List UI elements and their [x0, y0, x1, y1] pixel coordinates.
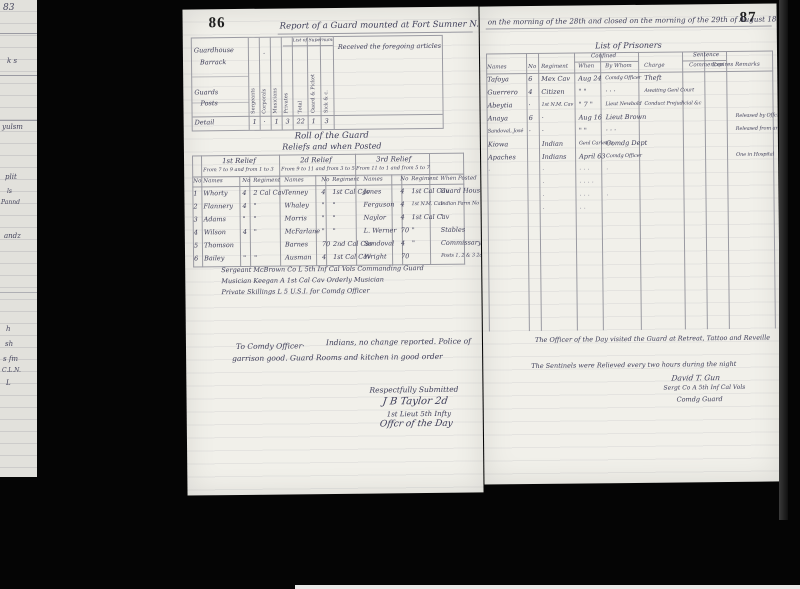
- table-cell: No: [399, 175, 410, 184]
- table-cell: 4: [400, 237, 411, 250]
- table-cell: 4: [241, 200, 252, 213]
- table-cell: One in Hospital: [735, 148, 781, 161]
- table-cell: ": [321, 225, 332, 238]
- table-cell: ": [331, 199, 362, 212]
- scanned-ledger-photo: 83k syulsmplitlsPanndandzhshs fmC.L.N.L …: [0, 0, 800, 589]
- table-cell: 70: [400, 224, 411, 237]
- table-cell: ": [253, 213, 284, 226]
- table-cell: [690, 201, 713, 214]
- table-cell: [712, 175, 735, 188]
- table-cell: 6: [193, 252, 203, 265]
- guard-note-line: The Sentinels were Relieved every two ho…: [531, 360, 736, 370]
- table-cell: Sandoval, José: [487, 125, 528, 138]
- detail-value: 1: [312, 117, 316, 125]
- left-page: 86 Report of a Guard mounted at Fort Sum…: [182, 6, 483, 495]
- table-cell: ": [242, 252, 253, 265]
- table-cell: 2nd Cal Cav: [332, 238, 363, 251]
- table-cell: · · ·: [605, 124, 644, 137]
- table-cell: Charge: [643, 60, 688, 71]
- table-cell: ": [253, 252, 284, 265]
- table-cell: ": [440, 211, 476, 224]
- table-cell: [528, 164, 541, 177]
- table-cell: ": [411, 224, 440, 237]
- table-cell: 3: [193, 213, 203, 226]
- section-line: [0, 120, 37, 121]
- section-line: [0, 33, 37, 34]
- handwriting-fragment: h: [6, 325, 11, 333]
- table-cell: ": [332, 225, 363, 238]
- detail-value: 3: [286, 117, 290, 125]
- table-cell: " ": [577, 85, 604, 98]
- handwriting-fragment: k s: [7, 57, 17, 65]
- table-cell: [605, 176, 644, 189]
- table-row: ·· ·: [488, 200, 782, 216]
- table-cell: · · ·: [578, 163, 605, 176]
- table-cell: 1st N.M. Cav: [410, 198, 439, 211]
- table-cell: 4: [399, 185, 410, 198]
- right-page: 87 on the morning of the 28th and closed…: [480, 3, 782, 484]
- roll-table: 1st Relief From 7 to 9 and from 1 to 3 2…: [192, 153, 465, 268]
- header-underline: [486, 26, 772, 30]
- table-cell: [734, 70, 781, 83]
- row-label: Detail: [195, 118, 215, 126]
- table-cell: Expires: [711, 60, 734, 71]
- table-cell: [688, 71, 711, 84]
- table-cell: Commences: [688, 60, 711, 71]
- row-label: Guardhouse: [194, 46, 234, 54]
- table-cell: ": [242, 213, 253, 226]
- previous-page-edge: 83k syulsmplitlsPanndandzhshs fmC.L.N.L: [0, 0, 37, 477]
- handwriting-fragment: L: [6, 379, 11, 387]
- table-cell: [688, 84, 711, 97]
- table-cell: 70: [400, 250, 411, 263]
- table-cell: Comdg Officer: [605, 150, 644, 163]
- table-cell: Indian Farm No 2: [439, 198, 475, 211]
- relief-2-hours: From 9 to 11 and from 3 to 5: [281, 166, 355, 173]
- table-cell: Adams: [203, 213, 242, 226]
- tally-mark: ·: [263, 50, 265, 58]
- col-label-total: Total: [297, 101, 303, 114]
- table-cell: [735, 135, 782, 148]
- table-cell: [688, 97, 711, 110]
- section-line: [0, 75, 37, 76]
- table-cell: 1: [192, 187, 202, 200]
- table-cell: 4: [321, 251, 332, 264]
- table-cell: 4: [399, 198, 410, 211]
- table-cell: [711, 84, 734, 97]
- table-cell: Jones: [362, 185, 399, 198]
- table-cell: [713, 201, 736, 214]
- detail-value: ·: [264, 118, 266, 126]
- table-cell: 4: [527, 86, 540, 99]
- table-cell: [528, 177, 541, 190]
- table-cell: [689, 149, 712, 162]
- table-cell: [606, 202, 645, 215]
- table-cell: [711, 71, 734, 84]
- table-cell: [528, 151, 541, 164]
- table-cell: 1st Cal Cav: [332, 251, 363, 264]
- supernumerary-line: Private Skillings L 5 U.S.I. for Comdg O…: [221, 287, 369, 297]
- detail-value: 1: [253, 118, 257, 126]
- table-cell: Regiment: [410, 175, 439, 184]
- table-cell: 5: [193, 239, 203, 252]
- table-cell: 70: [321, 238, 332, 251]
- table-cell: [734, 96, 781, 109]
- table-cell: [734, 83, 781, 96]
- table-cell: [712, 188, 735, 201]
- handwriting-fragment: C.L.N.: [2, 367, 21, 374]
- table-cell: Tenney: [283, 186, 320, 199]
- table-cell: 6: [527, 73, 540, 86]
- table-cell: Guerrero: [486, 86, 527, 99]
- ln: [193, 114, 443, 118]
- table-cell: ·: [528, 125, 541, 138]
- table-cell: 2: [192, 200, 202, 213]
- row-label: Barrack: [200, 58, 226, 66]
- table-cell: [529, 203, 542, 216]
- table-cell: 1st Cal Cav: [331, 186, 362, 199]
- prisoners-title: List of Prisoners: [480, 39, 777, 51]
- table-cell: Comdg Officer: [604, 72, 643, 85]
- submission-line: Respectfully Submitted: [369, 385, 458, 395]
- table-cell: Wright: [363, 250, 400, 263]
- table-cell: · · ·: [604, 85, 643, 98]
- table-cell: Names: [283, 176, 320, 185]
- table-cell: Apaches: [487, 151, 528, 164]
- submission-line: Offcr of the Day: [379, 419, 453, 430]
- table-cell: Posts 1, 2 & 3 2d Rel: [440, 250, 476, 263]
- table-cell: Thomson: [203, 239, 242, 252]
- table-cell: Tafoya: [486, 73, 527, 86]
- col-label-corporals: Corporals: [261, 89, 267, 114]
- table-cell: Anaya: [487, 112, 528, 125]
- table-cell: ": [411, 237, 440, 250]
- table-cell: [488, 203, 529, 216]
- table-cell: Remarks: [734, 59, 781, 70]
- table-cell: 4: [400, 211, 411, 224]
- table-cell: Conduct Prejudicial &c: [643, 97, 688, 110]
- col-label-musicians: Musicians: [272, 88, 278, 114]
- detail-value: 3: [325, 117, 329, 125]
- table-cell: [644, 110, 689, 123]
- table-cell: [411, 250, 440, 263]
- supernumerary-line: Sergeant McBrown Co L 5th Inf Cal Vols C…: [221, 264, 424, 274]
- table-cell: No: [527, 62, 540, 73]
- table-cell: [711, 97, 734, 110]
- table-cell: Guard House: [439, 185, 475, 198]
- handwriting-fragment: sh: [5, 340, 13, 348]
- table-cell: ·: [541, 112, 578, 125]
- table-cell: 1st N.M. Cav: [540, 99, 577, 112]
- table-cell: [689, 175, 712, 188]
- table-cell: 4: [193, 226, 203, 239]
- table-cell: [689, 188, 712, 201]
- table-cell: Lieut Brown: [605, 111, 644, 124]
- relief-1-name: 1st Relief: [222, 157, 256, 165]
- table-cell: [735, 187, 781, 200]
- table-cell: 4: [320, 186, 331, 199]
- row-label: Posts: [200, 99, 217, 107]
- submission-line: 1st Lieut 5th Infty: [387, 410, 451, 419]
- table-cell: Lieut Newbold: [604, 98, 643, 111]
- ln: [486, 50, 773, 54]
- table-cell: Awaiting Genl Court: [643, 84, 688, 97]
- table-cell: ": [321, 212, 332, 225]
- table-cell: Theft: [643, 71, 688, 84]
- table-cell: [487, 190, 528, 203]
- table-cell: · · · ·: [578, 176, 605, 189]
- table-cell: By Whom: [604, 61, 643, 72]
- table-cell: [736, 200, 782, 213]
- table-cell: Ferguson: [362, 198, 399, 211]
- table-cell: [645, 201, 690, 214]
- prisoners-rows: Tafoya6Mex CavAug 24Comdg OfficerTheftGu…: [486, 70, 781, 216]
- table-cell: [644, 162, 689, 175]
- table-cell: [644, 123, 689, 136]
- supernumerary-line: Musician Keegan A 1st Cal Cav Orderly Mu…: [221, 275, 384, 285]
- supernumerary-header: List of Supernumeraries: [293, 38, 333, 43]
- table-cell: [644, 188, 689, 201]
- table-cell: Regiment: [331, 176, 362, 185]
- table-cell: ·: [541, 177, 578, 190]
- table-cell: 1st Cal Cav: [410, 185, 439, 198]
- table-cell: Naylor: [363, 211, 400, 224]
- table-cell: " 7 ": [577, 98, 604, 111]
- table-cell: ·: [541, 190, 578, 203]
- table-cell: Bailey: [203, 252, 242, 265]
- table-cell: McFarlane: [284, 225, 321, 238]
- detail-value: 22: [297, 117, 305, 125]
- table-cell: Regiment: [252, 177, 283, 186]
- handwriting-fragment: 83: [3, 3, 14, 13]
- relief-1-hours: From 7 to 9 and from 1 to 3: [203, 167, 274, 174]
- table-cell: Stables: [440, 224, 476, 237]
- table-cell: [644, 136, 689, 149]
- report-header-continued: on the morning of the 28th and closed on…: [488, 14, 782, 26]
- table-cell: Aug 16: [578, 111, 605, 124]
- section-line: [0, 292, 37, 293]
- table-cell: Morris: [284, 212, 321, 225]
- table-cell: ": [252, 200, 283, 213]
- table-cell: [712, 149, 735, 162]
- handwriting-fragment: yulsm: [2, 123, 23, 131]
- guard-signature: David T. Gun: [671, 373, 721, 383]
- table-cell: No: [320, 176, 331, 185]
- relief-2-name: 2d Relief: [300, 156, 332, 164]
- table-cell: 1st Cal Cav: [411, 211, 440, 224]
- table-cell: Wilson: [203, 226, 242, 239]
- guard-note-line: The Officer of the Day visited the Guard…: [535, 334, 770, 344]
- table-cell: Indian: [541, 138, 578, 151]
- table-cell: ": [320, 199, 331, 212]
- table-cell: Mex Cav: [540, 73, 577, 86]
- table-cell: Released from arrest: [735, 122, 782, 135]
- table-cell: ·: [487, 164, 528, 177]
- table-cell: Released by Offcr of the Day: [735, 109, 782, 122]
- table-cell: · ·: [579, 202, 606, 215]
- table-cell: Barnes: [284, 238, 321, 251]
- table-cell: ": [253, 226, 284, 239]
- ln: [192, 76, 248, 78]
- table-cell: [689, 110, 712, 123]
- table-cell: Commissary: [440, 237, 476, 250]
- row-label: Guards: [194, 88, 218, 96]
- table-cell: [712, 123, 735, 136]
- handwriting-fragment: plit: [5, 173, 17, 181]
- col-label-guard-picket: Guard & Picket: [310, 74, 316, 113]
- officer-note-label: To Comdy Officer·: [236, 341, 305, 351]
- officer-signature: J B Taylor 2d: [382, 396, 449, 408]
- table-cell: Citizen: [540, 86, 577, 99]
- book-edge: [779, 0, 788, 520]
- table-cell: ·: [605, 189, 644, 202]
- table-cell: Abeytia: [486, 99, 527, 112]
- table-cell: Names: [202, 177, 241, 186]
- table-cell: [735, 174, 781, 187]
- table-cell: Aug 24: [577, 72, 604, 85]
- table-cell: [689, 162, 712, 175]
- detail-remark: Received the foregoing articles: [338, 42, 441, 51]
- relief-3-hours: From 11 to 1 and from 5 to 7: [356, 165, 430, 172]
- col-label-sick: Sick & c.: [323, 90, 329, 113]
- handwriting-fragment: ls: [7, 188, 12, 195]
- table-cell: No: [192, 177, 202, 186]
- confined-span-header: Confined: [591, 53, 616, 59]
- report-header: Report of a Guard mounted at Fort Sumner…: [280, 19, 484, 31]
- table-cell: ·: [541, 164, 578, 177]
- roll-subtitle: Reliefs and when Posted: [184, 140, 480, 152]
- table-cell: [253, 239, 284, 252]
- table-cell: Whaley: [283, 199, 320, 212]
- table-cell: [242, 239, 253, 252]
- table-cell: [712, 162, 735, 175]
- table-cell: ·: [541, 125, 578, 138]
- page-number-86: 86: [209, 15, 226, 32]
- officer-note-line1: Indians, no change reported. Police of: [326, 337, 471, 348]
- table-cell: 2 Cal Cav: [252, 187, 283, 200]
- table-cell: April 63: [578, 150, 605, 163]
- table-cell: · · ·: [578, 189, 605, 202]
- table-cell: [689, 136, 712, 149]
- table-cell: Sandoval: [363, 237, 400, 250]
- table-cell: ·: [605, 163, 644, 176]
- table-cell: " ": [578, 124, 605, 137]
- table-cell: [689, 123, 712, 136]
- guard-signature-rank: Sergt Co A 5th Inf Cal Vols: [663, 384, 745, 392]
- table-cell: When: [577, 61, 604, 72]
- guard-signature-role: Comdg Guard: [677, 395, 723, 403]
- prisoners-table: Confined Sentence NamesNoRegimentWhenBy …: [486, 50, 776, 331]
- table-cell: When Posted: [439, 175, 475, 184]
- table-cell: Names: [362, 175, 399, 184]
- table-cell: Whorty: [202, 187, 241, 200]
- table-cell: Names: [486, 62, 527, 73]
- sentence-span-header: Sentence: [693, 52, 719, 58]
- table-cell: Indians: [541, 151, 578, 164]
- detail-value: 1: [275, 118, 279, 126]
- handwriting-fragment: andz: [4, 232, 21, 240]
- roll-rows: 1Whorty42 Cal CavTenney41st Cal CavJones…: [192, 185, 476, 266]
- table-cell: [528, 138, 541, 151]
- handwriting-fragment: s fm: [3, 355, 18, 363]
- table-cell: Regiment: [540, 62, 577, 73]
- scanner-edge-strip: [295, 585, 800, 589]
- table-cell: [644, 175, 689, 188]
- officer-note-line2: garrison good. Guard Rooms and kitchen i…: [232, 352, 443, 363]
- table-cell: Kiowa: [487, 138, 528, 151]
- header-underline: [278, 32, 473, 35]
- table-cell: [735, 161, 781, 174]
- guard-detail-table: List of Supernumeraries Sergeants Corpor…: [191, 35, 444, 132]
- table-cell: ": [332, 212, 363, 225]
- table-cell: Genl Carleton: [578, 137, 605, 150]
- table-cell: [487, 177, 528, 190]
- table-cell: [712, 110, 735, 123]
- table-cell: Ausman: [284, 251, 321, 264]
- table-cell: Comdg Dept: [605, 137, 644, 150]
- relief-3-name: 3rd Relief: [376, 155, 411, 163]
- table-cell: Flannery: [202, 200, 241, 213]
- handwriting-fragment: Pannd: [1, 199, 20, 206]
- table-cell: [528, 190, 541, 203]
- table-cell: ·: [527, 99, 540, 112]
- table-cell: 4: [242, 226, 253, 239]
- table-cell: L. Werner: [363, 224, 400, 237]
- table-cell: 4: [241, 187, 252, 200]
- col-label-sergeants: Sergeants: [250, 88, 256, 114]
- table-cell: [712, 136, 735, 149]
- col-label-privates: Privates: [283, 93, 289, 114]
- table-cell: No: [241, 177, 252, 186]
- table-cell: 6: [528, 112, 541, 125]
- table-cell: ·: [542, 203, 579, 216]
- table-cell: [644, 149, 689, 162]
